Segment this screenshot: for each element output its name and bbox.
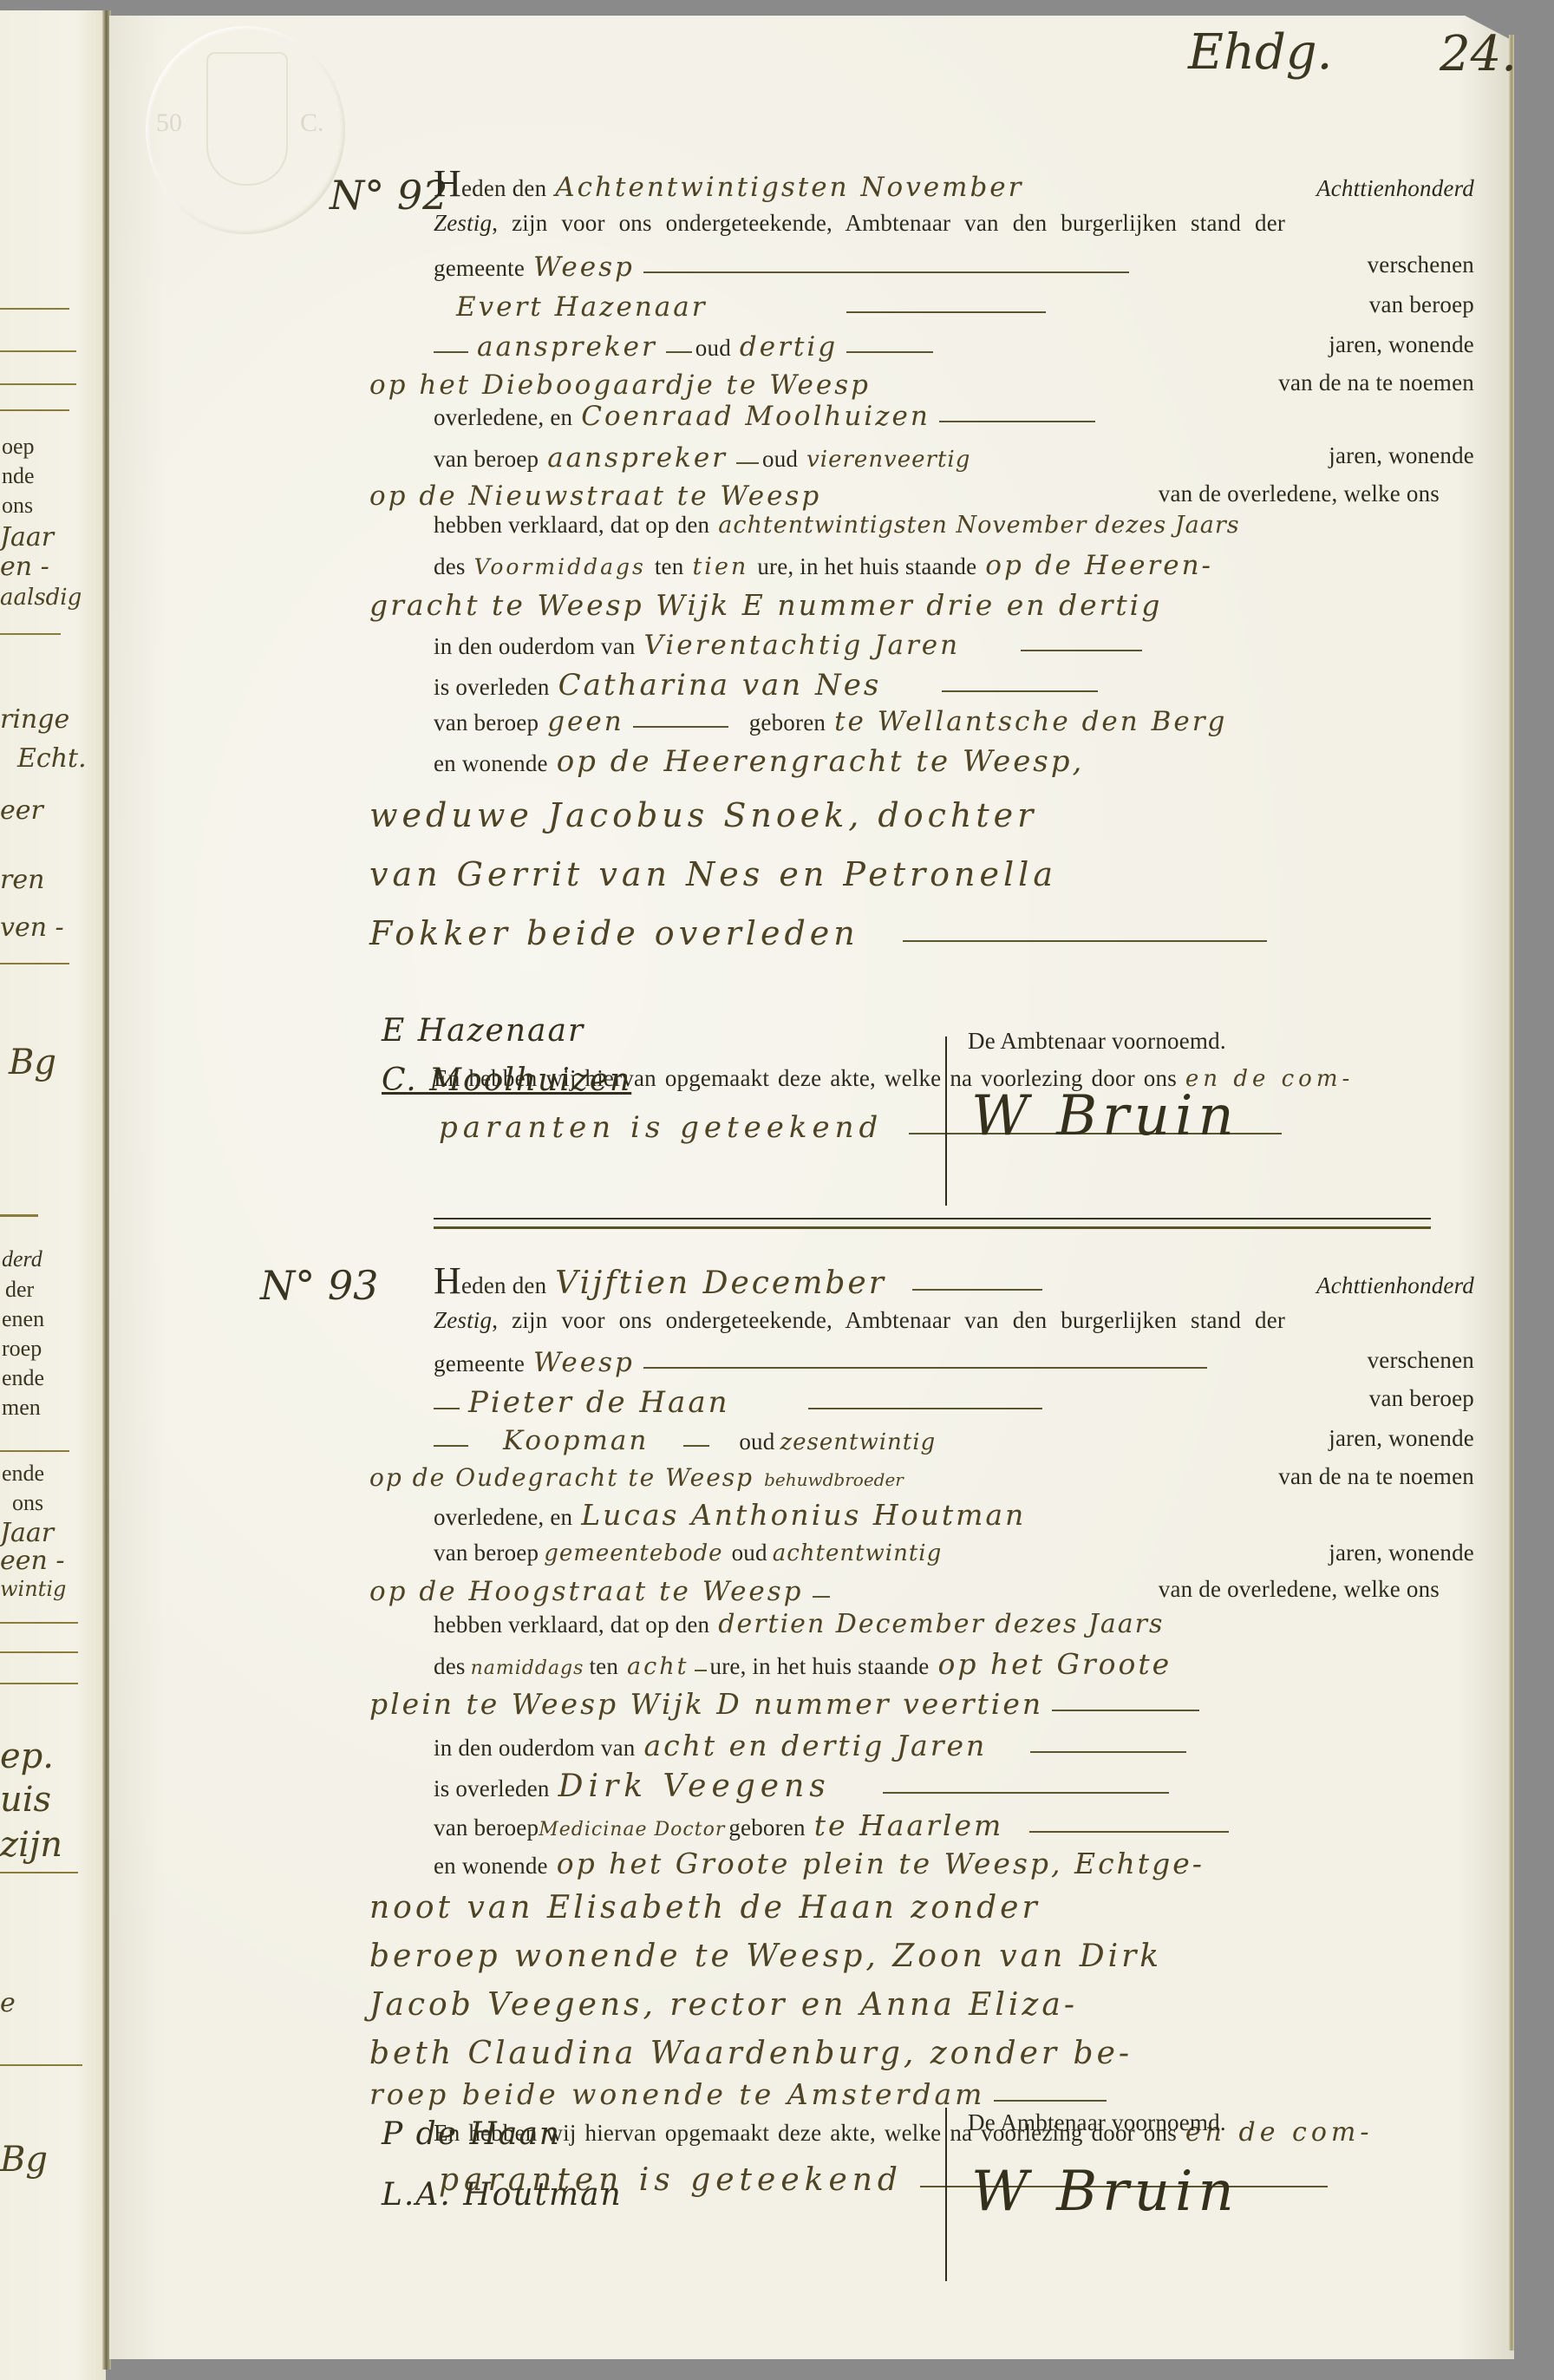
jaren-wonende-label: jaren, wonende [1329,442,1474,469]
residence-2: noot van Elisabeth de Haan zonder [364,1890,1046,1926]
oud-label: oud [695,335,731,361]
birthplace: te Wellantsche den Berg [829,706,1232,737]
hour: acht [622,1653,694,1680]
left-print-fragment: ende [2,1461,44,1487]
witness2-name: Coenraad Moolhuizen [576,401,936,432]
fill-rule [643,1367,1207,1369]
record-number: N° 93 [260,1262,378,1309]
oud-label: oud [762,446,798,472]
form-line-residence-2: weduwe Jacobus Snoek, dochter [364,796,1474,848]
left-hand-fragment: zijn [0,1825,62,1865]
fill-rule [683,1445,709,1447]
left-hand-fragment: en - [0,552,49,582]
record-date: Vijftien December [550,1265,891,1301]
heden-label: eden den [461,175,546,201]
stamp-value: 50 [156,108,182,138]
left-hand-fragment: eer [0,795,43,826]
fill-rule [434,1408,460,1409]
van-beroep-label: van beroep [434,446,539,472]
folio-mark: Ehdg. [1188,24,1332,81]
en-wonende-label: en wonende [434,1853,548,1879]
heden-label: eden den [461,1272,546,1298]
left-print-fragment: men [2,1395,41,1421]
death-record-92: N° 92 Heden den Achtentwintigsten Novemb… [330,165,1474,1206]
form-line-age: in den ouderdom van acht en dertig Jaren [434,1729,1474,1769]
house-location-2: gracht te Weesp Wijk E nummer drie en de… [364,588,1167,622]
left-print-fragment: der [5,1277,34,1303]
left-hand-fragment: Bg [9,1043,56,1082]
witness1-occupation: aanspreker [472,331,663,363]
form-line-witness2: overledene, en Lucas Anthonius Houtman [434,1498,1474,1538]
left-hand-fragment: ven - [0,912,64,943]
left-hand-fragment: Echt. [17,743,87,774]
fill-rule [846,351,933,353]
des-label: des [434,553,466,579]
form-line-residence: en wonende op de Heerengracht te Weesp, [434,744,1474,784]
form-line-house: plein te Weesp Wijk D nummer veertien [364,1687,1474,1727]
witness2-address: op de Hoogstraat te Weesp [364,1576,809,1607]
fill-rule [736,462,759,464]
form-line-declared: hebben verklaard, dat op den achtentwint… [434,512,1554,552]
house-location-1: op het Groote [932,1647,1177,1681]
fill-rule [942,690,1098,692]
van-beroep-label: van beroep [1369,1385,1474,1412]
welke-ons-label: van de overledene, welke ons [1159,1576,1440,1603]
verschenen-label: verschenen [1368,252,1474,278]
form-line-residence-3: van Gerrit van Nes en Petronella [364,855,1474,907]
fill-rule [813,1596,830,1598]
witness1-address: op het Dieboogaardje te Weesp [364,369,876,401]
en-wonende-label: en wonende [434,750,548,776]
witness1-occupation: Koopman [498,1425,654,1456]
welke-ons-label: van de overledene, welke ons [1159,481,1440,507]
form-line-birth: van beroep geen geboren te Wellantsche d… [434,706,1474,746]
left-hand-fragment: Bg [0,2140,48,2180]
form-line-witness1-age: aanspreker oud dertig jaren, wonende [434,331,1474,371]
witness2-occupation: gemeentebode [539,1540,728,1566]
verklaard-label: hebben verklaard, dat op den [434,1612,709,1638]
heden-initial: H [434,1259,461,1302]
van-beroep-label: van beroep [434,709,539,736]
form-line-witness1: Evert Hazenaar van beroep [434,291,1474,331]
fill-rule [633,726,728,728]
witness1-address: op de Oudegracht te Weesp [364,1463,759,1492]
fill-rule [846,311,1046,313]
form-line-residence-4: Fokker beide overleden [364,914,1474,966]
ten-label: ten [589,1653,618,1679]
witness1-relation: behuwdbroeder [759,1469,909,1490]
form-line-deceased: is overleden Dirk Veegens [434,1769,1474,1808]
witness2-occupation: aanspreker [542,442,733,474]
form-line-witness2: overledene, en Coenraad Moolhuizen [434,401,1474,441]
crest-icon [206,52,288,186]
deceased-occupation: Medicinae Doctor [539,1819,725,1841]
left-rule [0,308,69,310]
left-page: oep nde ons Jaar en - aalsdig ringe Echt… [0,10,106,2380]
fill-rule [903,940,1267,942]
fill-rule [939,421,1095,422]
house-location-2: plein te Weesp Wijk D nummer veertien [364,1687,1048,1721]
overledene-en-label: overledene, en [434,1504,572,1530]
birthplace: te Haarlem [809,1808,1009,1842]
witness1-name: Pieter de Haan [463,1385,735,1420]
left-hand-fragment: Jaar [0,1518,54,1548]
witness1-signature: E Hazenaar [382,1013,584,1049]
left-hand-fragment: Jaar [0,522,54,552]
deceased-name: Dirk Veegens [553,1769,836,1804]
official-signature: W Bruin [971,2160,1239,2224]
residence-3: beroep wonende te Weesp, Zoon van Dirk [364,1939,1167,1974]
fill-rule [1021,650,1142,651]
left-hand-fragment: uis [0,1780,51,1820]
left-hand-fragment: wintig [0,1577,66,1601]
signature-brace [945,2108,947,2281]
overleden-label: is overleden [434,674,550,700]
heden-initial: H [434,162,461,205]
page-edge [1509,35,1514,2351]
left-rule [0,383,76,385]
left-print-fragment: ons [12,1490,43,1516]
ten-label: ten [655,553,684,579]
achttienhonderd-label: Achttienhonderd [1316,175,1474,202]
oud-label: oud [732,1540,767,1566]
fill-rule [643,271,1129,273]
residence-5: beth Claudina Waardenburg, zonder be- [364,2036,1138,2071]
left-print-fragment: ende [2,1365,44,1391]
achttienhonderd-label: Achttienhonderd [1316,1272,1474,1299]
fill-rule [1052,1710,1199,1711]
form-line-witness2-age: van beroep aanspreker oud vierenveertig … [434,442,1474,482]
record-date: Achtentwintigsten November [550,172,1028,203]
form-line-residence-2: noot van Elisabeth de Haan zonder [364,1890,1474,1942]
na-te-noemen-label: van de na te noemen [1278,369,1474,396]
ouderdom-label: in den ouderdom van [434,1735,636,1761]
stamp-unit: C. [300,108,324,138]
form-line-time: desnamiddagsten acht ure, in het huis st… [434,1647,1474,1687]
form-line-witness1-age: Koopman oudzesentwintig jaren, wonende [434,1425,1474,1465]
form-line-gemeente: gemeente Weesp verschenen [434,252,1474,291]
witness1-age: dertig [735,331,843,363]
form-line-house: gracht te Weesp Wijk E nummer drie en de… [364,588,1474,628]
witness1-name: Evert Hazenaar [451,291,713,323]
zestig-label: Zestig [434,1307,492,1333]
closing-handwritten-2: paranten is geteekend [434,1110,888,1145]
left-rule [0,2064,82,2066]
form-line-deceased: is overleden Catharina van Nes [434,668,1474,708]
left-rule [0,1622,78,1624]
witness1-signature: P de Haan [382,2116,561,2152]
left-print-fragment: derd [2,1246,42,1272]
residence-4: Jacob Veegens, rector en Anna Eliza- [364,1987,1083,2023]
jaren-wonende-label: jaren, wonende [1329,1425,1474,1452]
ambtenaar-label: De Ambtenaar voornoemd. [968,2109,1226,2136]
municipality: Weesp [528,252,640,283]
form-line-residence: en wonende op het Groote plein te Weesp,… [434,1847,1474,1886]
official-clause: , zijn voor ons ondergeteekende, Ambtena… [492,210,1285,236]
ambtenaar-label: De Ambtenaar voornoemd. [968,1028,1226,1055]
left-hand-fragment: een - [0,1546,65,1576]
death-date: dertien December dezes Jaars [713,1609,1169,1639]
residence-4: Fokker beide overleden [364,914,865,952]
left-rule [0,1214,38,1217]
form-line-zestig: Zestig, zijn voor ons ondergeteekende, A… [434,1307,1474,1347]
residence-6: roep beide wonende te Amsterdam [364,2077,990,2111]
huis-label: ure, in het huis staande [757,553,976,579]
des-label: des [434,1653,466,1679]
left-rule [0,1683,78,1684]
left-rule [0,409,69,411]
left-rule [0,1872,78,1873]
residence-1: op de Heerengracht te Weesp, [552,744,1090,779]
zestig-label: Zestig [434,210,492,236]
fill-rule [666,351,692,353]
form-line-date: Heden den Vijftien December Achttienhond… [434,1262,1474,1302]
gemeente-label: gemeente [434,255,525,281]
record-divider [434,1218,1431,1229]
form-line-time: des Voormiddags ten tien ure, in het hui… [434,550,1474,590]
na-te-noemen-label: van de na te noemen [1278,1463,1474,1490]
form-line-closing: En hebben wij hiervan opgemaakt deze akt… [434,2117,1474,2157]
witness2-name: Lucas Anthonius Houtman [576,1498,1031,1532]
van-beroep-label: van beroep [1369,291,1474,318]
house-location-1: op de Heeren- [980,550,1218,581]
witness1-age: zesentwintig [774,1429,941,1455]
residence-2: weduwe Jacobus Snoek, dochter [364,796,1042,834]
left-rule [0,1450,69,1452]
form-line-zestig: Zestig, zijn voor ons ondergeteekende, A… [434,210,1474,250]
deceased-age: acht en dertig Jaren [639,1729,993,1762]
fill-rule [994,2100,1107,2102]
gemeente-label: gemeente [434,1350,525,1376]
record-number: N° 92 [330,172,447,219]
form-line-date: Heden den Achtentwintigsten November Ach… [434,165,1474,205]
witness2-signature: L.A. Houtman [382,2177,623,2213]
fill-rule [912,1289,1042,1291]
left-hand-fragment: e [0,1988,16,2018]
left-print-fragment: oep [2,434,35,460]
deceased-name: Catharina van Nes [553,668,887,703]
signature-brace [945,1036,947,1206]
verschenen-label: verschenen [1368,1347,1474,1374]
left-print-fragment: enen [2,1306,44,1332]
witness2-address: op de Nieuwstraat te Weesp [364,481,826,512]
left-print-fragment: roep [2,1336,42,1362]
fill-rule [1030,1751,1186,1753]
municipality: Weesp [528,1347,640,1378]
overleden-label: is overleden [434,1775,550,1801]
jaren-wonende-label: jaren, wonende [1329,1540,1474,1566]
fill-rule [434,1445,468,1447]
hour: tien [687,553,754,580]
fill-rule [883,1792,1169,1794]
geboren-label: geboren [749,709,826,736]
geboren-label: geboren [728,1814,805,1841]
witness2-age: achtentwintig [767,1540,948,1566]
left-rule [0,963,69,964]
jaren-wonende-label: jaren, wonende [1329,331,1474,358]
verklaard-label: hebben verklaard, dat op den [434,512,709,538]
fill-rule [695,1670,707,1671]
fill-rule [808,1408,1042,1409]
fill-rule [434,351,468,353]
left-hand-fragment: aalsdig [0,585,82,611]
van-beroep-label: van beroep [434,1540,539,1566]
oud-label: oud [739,1429,774,1455]
time-of-day: namiddags [466,1657,590,1679]
deceased-occupation: geen [542,706,630,737]
page-number: 24. [1440,26,1517,82]
form-line-residence-4: Jacob Veegens, rector en Anna Eliza- [364,1987,1474,2039]
embossed-stamp: 50 C. [146,26,345,234]
deceased-age: Vierentachtig Jaren [639,630,966,661]
left-hand-fragment: ep. [0,1736,54,1776]
form-line-closing-2: paranten is geteekend [434,1110,1474,1150]
left-print-fragment: nde [2,463,35,489]
time-of-day: Voormiddags [469,554,651,579]
ouderdom-label: in den ouderdom van [434,633,636,659]
left-print-fragment: ons [2,493,33,519]
residence-3: van Gerrit van Nes en Petronella [364,855,1062,893]
left-hand-fragment: ren [0,865,44,895]
residence-1: op het Groote plein te Weesp, Echtge- [552,1847,1210,1880]
official-signature: W Bruin [971,1084,1239,1148]
huis-label: ure, in het huis staande [710,1653,930,1679]
form-line-gemeente: gemeente Weesp verschenen [434,1347,1474,1387]
form-line-age: in den ouderdom van Vierentachtig Jaren [434,630,1474,670]
form-line-residence-3: beroep wonende te Weesp, Zoon van Dirk [364,1939,1474,1991]
witness2-age: vierenveertig [801,447,976,473]
van-beroep-label: van beroep [434,1814,539,1841]
form-line-witness1: Pieter de Haan van beroep [434,1385,1474,1425]
left-rule [0,1651,78,1653]
left-rule [0,633,61,635]
left-rule [0,350,76,352]
witness2-signature: C. Moolhuizen [382,1062,631,1098]
fill-rule [1029,1831,1229,1833]
form-line-declared: hebben verklaard, dat op den dertien Dec… [434,1609,1554,1649]
left-hand-fragment: ringe [0,704,69,735]
death-date: achtentwintigsten November dezes Jaars [713,512,1244,539]
form-line-witness2-age: van beroepgemeentebode oudachtentwintig … [434,1540,1474,1579]
form-line-birth: van beroepMedicinae Doctor geboren te Ha… [434,1808,1474,1848]
official-clause: , zijn voor ons ondergeteekende, Ambtena… [492,1307,1285,1333]
overledene-en-label: overledene, en [434,404,572,430]
